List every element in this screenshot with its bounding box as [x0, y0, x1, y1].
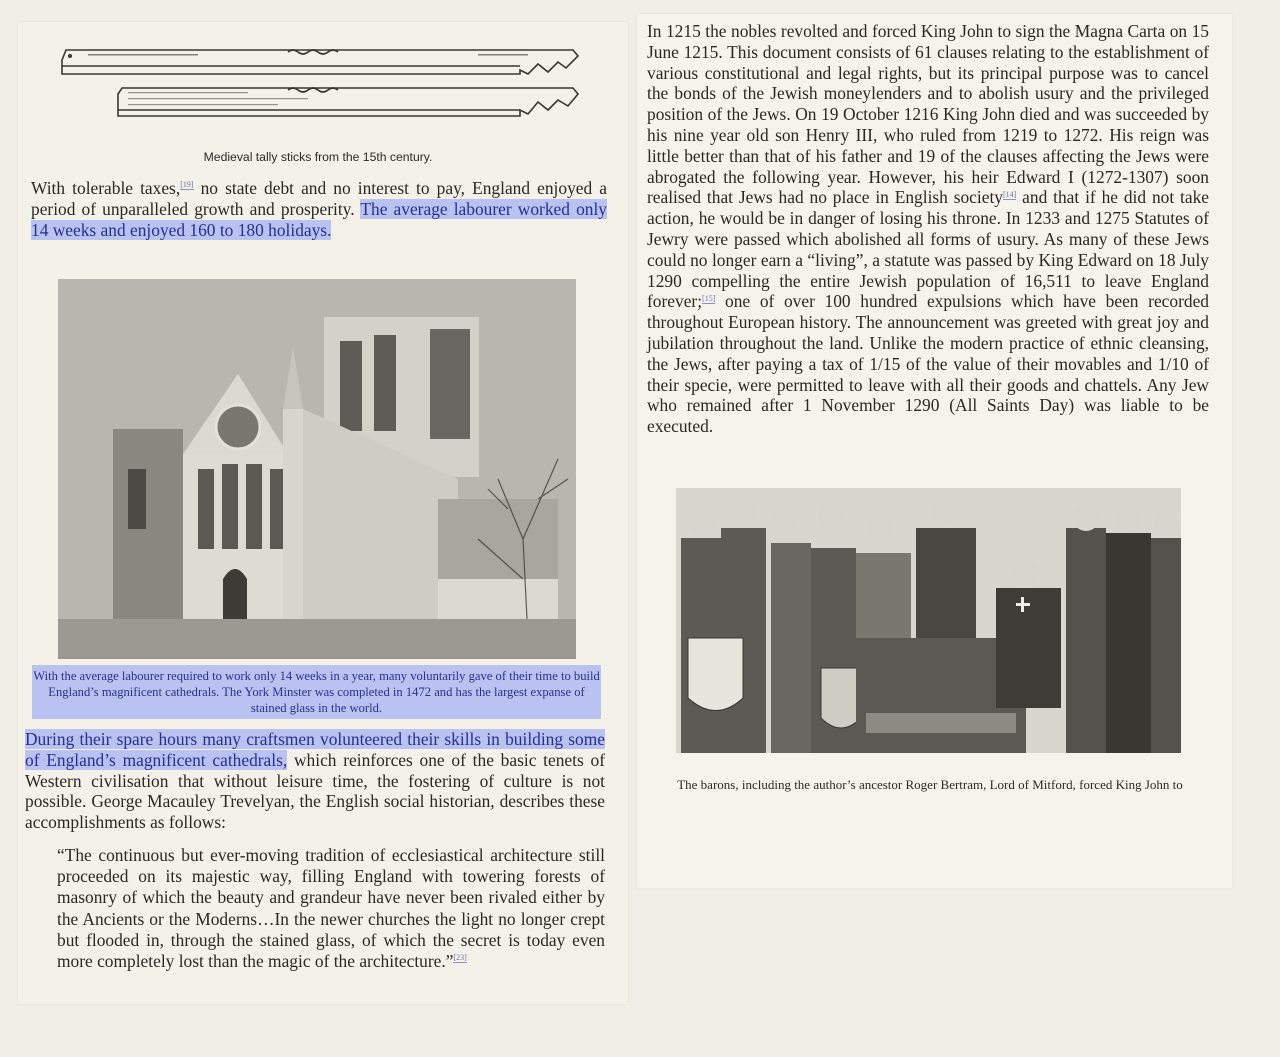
- paragraph-text: In 1215 the nobles revolted and forced K…: [647, 21, 1209, 207]
- quote-text: “The continuous but ever-moving traditio…: [57, 845, 605, 971]
- tally-sticks-illustration: [58, 44, 598, 134]
- footnote-link-14[interactable]: [14]: [1003, 190, 1016, 200]
- york-minster-photo: [58, 279, 576, 659]
- paragraph-text: one of over 100 hundred expulsions which…: [647, 291, 1209, 436]
- trevelyan-quote: “The continuous but ever-moving traditio…: [57, 845, 605, 972]
- magna-carta-engraving: [676, 488, 1181, 753]
- tally-sticks-caption: Medieval tally sticks from the 15th cent…: [58, 150, 578, 164]
- footnote-link-15[interactable]: [15]: [702, 294, 715, 304]
- paragraph-magna-carta: In 1215 the nobles revolted and forced K…: [647, 21, 1209, 437]
- footnote-link-23[interactable]: [23]: [453, 953, 466, 963]
- engraving-caption: The barons, including the author’s ances…: [640, 777, 1220, 793]
- cathedral-photo-caption[interactable]: With the average labourer required to wo…: [32, 665, 601, 719]
- paragraph-taxes: With tolerable taxes,[19] no state debt …: [31, 178, 607, 240]
- footnote-link-19[interactable]: [19]: [180, 180, 193, 190]
- paragraph-text: With tolerable taxes,: [31, 178, 180, 198]
- paragraph-craftsmen: During their spare hours many craftsmen …: [25, 729, 605, 833]
